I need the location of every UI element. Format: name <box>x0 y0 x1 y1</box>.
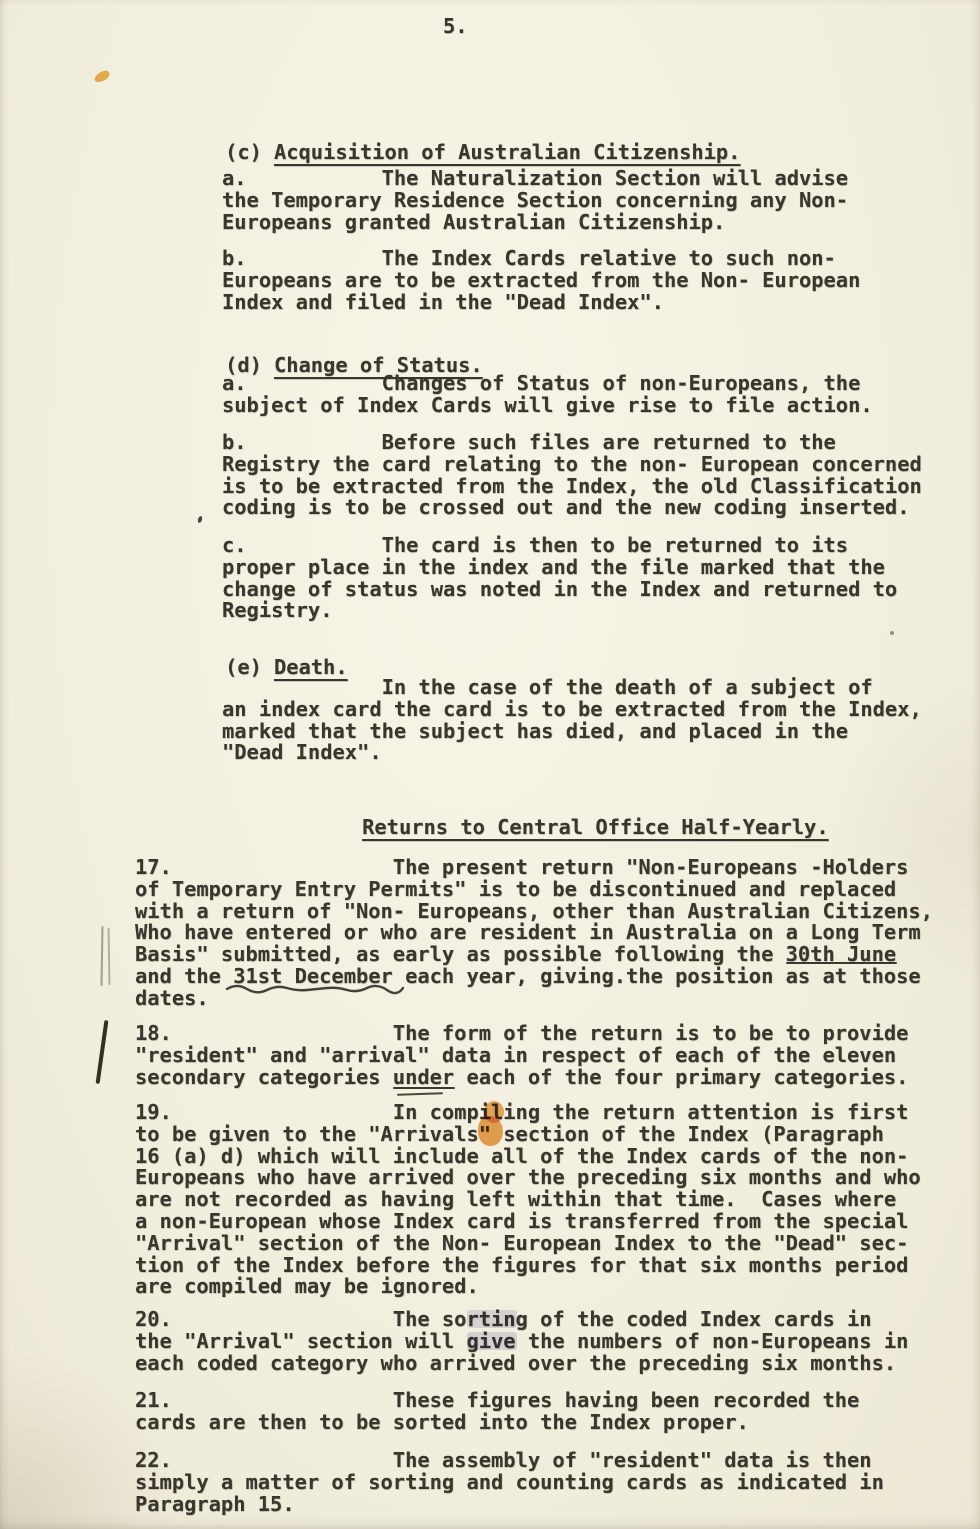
ink-speck <box>197 516 203 524</box>
paragraph-d-c: c. The card is then to be returned to it… <box>222 535 897 622</box>
paragraph-22: 22. The assembly of "resident" data is t… <box>135 1450 884 1515</box>
paragraph-21: 21. These figures having been recorded t… <box>135 1390 859 1434</box>
page-number: 5. <box>443 16 468 38</box>
margin-pen-slash <box>96 1020 109 1084</box>
pen-underline-under-word <box>397 1092 443 1096</box>
paragraph-c-b: b. The Index Cards relative to such non-… <box>222 248 860 313</box>
returns-heading: Returns to Central Office Half-Yearly. <box>313 795 829 860</box>
paragraph-18: 18. The form of the return is to be to p… <box>135 1023 908 1088</box>
margin-pencil-line-1 <box>100 926 103 986</box>
orange-stain <box>478 1101 512 1153</box>
wavy-underline-31st-december <box>225 982 405 996</box>
scanned-document-page: 5. (c)Acquisition of Australian Citizens… <box>0 0 980 1529</box>
paragraph-e: In the case of the death of a subject of… <box>222 677 922 764</box>
margin-pencil-line-2 <box>108 928 111 985</box>
dust-speck <box>890 631 894 635</box>
paragraph-d-b: b. Before such files are returned to the… <box>222 432 922 519</box>
section-c-title: Acquisition of Australian Citizenship. <box>274 140 741 164</box>
orange-speck <box>93 69 111 84</box>
section-c-label: (c) <box>225 140 262 164</box>
blue-ribbon-tint-give <box>467 1332 517 1350</box>
paragraph-20: 20. The sorting of the coded Index cards… <box>135 1309 908 1374</box>
paragraph-d-a: a. Changes of Status of non-Europeans, t… <box>222 373 873 417</box>
underline-30th-june <box>786 962 897 964</box>
paragraph-19: 19. In compiling the return attention is… <box>135 1102 921 1298</box>
paragraph-c-a: a. The Naturalization Section will advis… <box>222 168 848 233</box>
underline-under-word <box>393 1087 455 1089</box>
blue-ribbon-tint-sorting <box>467 1310 517 1328</box>
